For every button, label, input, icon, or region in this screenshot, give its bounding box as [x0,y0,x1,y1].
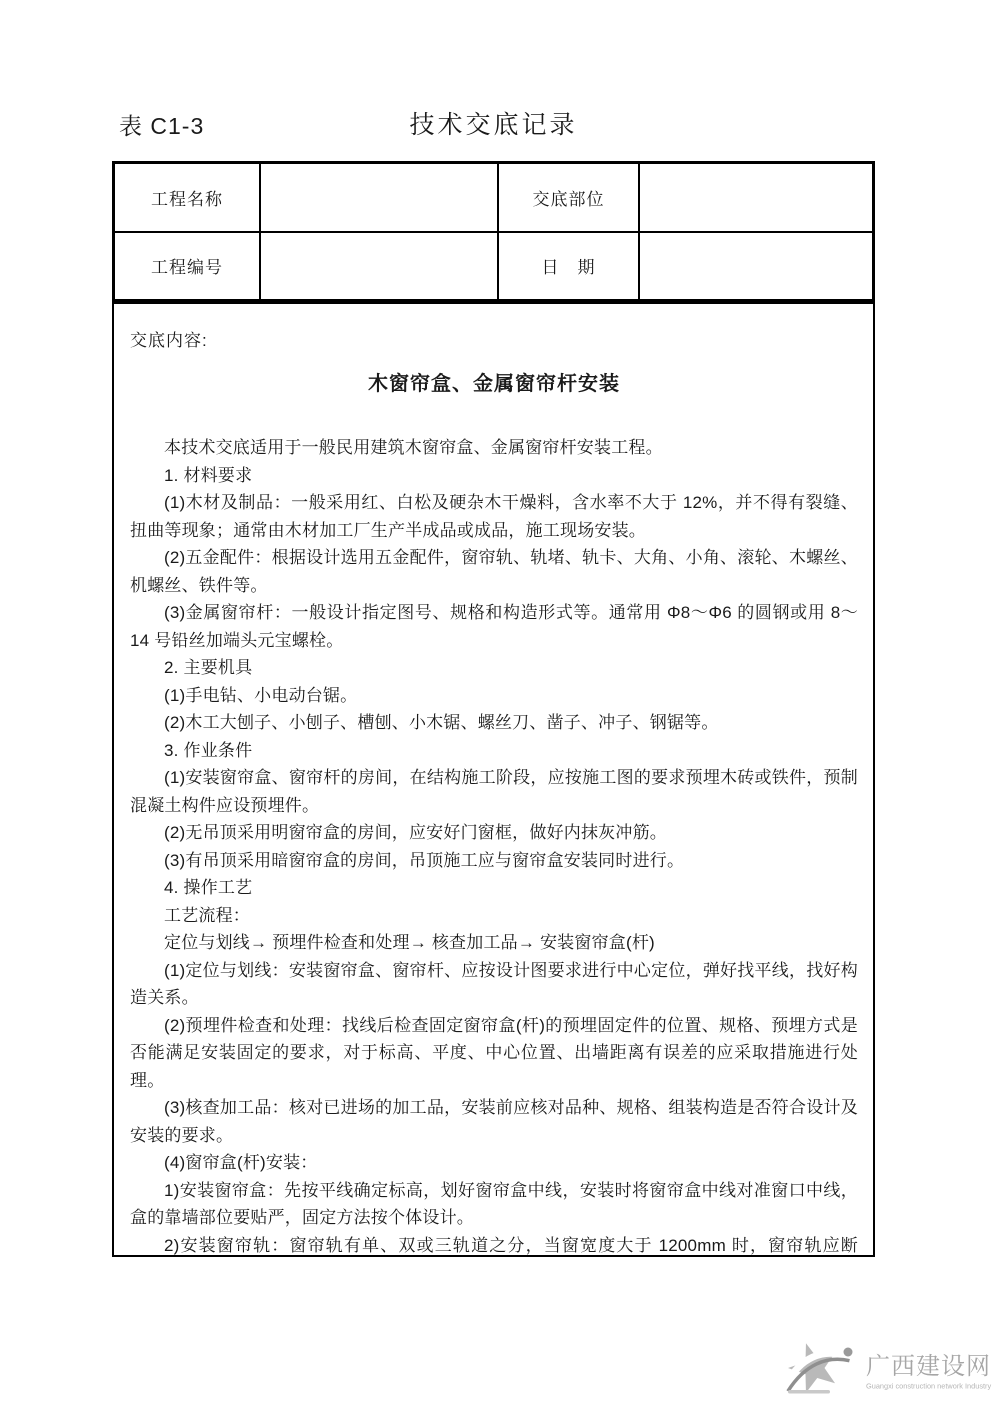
page-title: 技术交底记录 [112,105,875,141]
content-paragraph: (3)有吊顶采用暗窗帘盒的房间，吊顶施工应与窗帘盒安装同时进行。 [130,847,858,875]
content-paragraph: (3)金属窗帘杆：一般设计指定图号、规格和构造形式等。通常用 Φ8～Φ6 的圆钢… [130,599,858,654]
header-table: 工程名称 交底部位 工程编号 日 期 [112,161,875,302]
document-page: 表 C1-3 技术交底记录 工程名称 交底部位 工程编号 日 期 交底内容: 木… [0,0,992,1403]
content-title: 木窗帘盒、金属窗帘杆安装 [130,367,858,396]
content-paragraph: 工艺流程： [130,902,858,930]
content-paragraph: 3. 作业条件 [130,737,858,765]
content-paragraph: (1)手电钻、小电动台锯。 [130,682,858,710]
content-paragraph: 4. 操作工艺 [130,874,858,902]
field-value-project-name [260,163,498,232]
field-value-project-number [260,232,498,301]
content-paragraph: (2)无吊顶采用明窗帘盒的房间，应安好门窗框，做好内抹灰冲筋。 [130,819,858,847]
field-value-date [639,232,873,301]
star-logo-icon [776,1338,864,1400]
content-paragraph: 定位与划线→ 预埋件检查和处理→ 核查加工品→ 安装窗帘盒(杆) [130,929,858,957]
content-paragraph: (4)窗帘盒(杆)安装： [130,1149,858,1177]
logo-dot [844,1348,853,1357]
content-paragraph: 本技术交底适用于一般民用建筑木窗帘盒、金属窗帘杆安装工程。 [130,434,858,462]
content-paragraph: 2)安装窗帘轨：窗帘轨有单、双或三轨道之分，当窗宽度大于 1200mm 时，窗帘… [130,1232,858,1258]
field-label-project-number: 工程编号 [114,232,260,301]
content-paragraph: (1)安装窗帘盒、窗帘杆的房间，在结构施工阶段，应按施工图的要求预埋木砖或铁件，… [130,764,858,819]
field-label-date: 日 期 [498,232,639,301]
content-paragraph: (1)定位与划线：安装窗帘盒、窗帘杆、应按设计图要求进行中心定位，弹好找平线，找… [130,957,858,1012]
guangxi-construction-network-logo: 广西建设网 Guangxi construction network Indus… [776,1338,988,1400]
logo-small-text [788,1390,830,1394]
content-paragraph: (2)木工大刨子、小刨子、槽刨、小木锯、螺丝刀、凿子、冲子、钢锯等。 [130,709,858,737]
content-paragraph: (2)预埋件检查和处理：找线后检查固定窗帘盒(杆)的预埋固定件的位置、规格、预埋… [130,1012,858,1095]
field-value-disclosure-part [639,163,873,232]
content-paragraph: (3)核查加工品：核对已进场的加工品，安装前应核对品种、规格、组装构造是否符合设… [130,1094,858,1149]
logo-brand-text: 广西建设网 [866,1346,992,1381]
content-paragraph: 2. 主要机具 [130,654,858,682]
content-paragraph: 1)安装窗帘盒：先按平线确定标高，划好窗帘盒中线，安装时将窗帘盒中线对准窗口中线… [130,1177,858,1232]
field-label-project-name: 工程名称 [114,163,260,232]
content-paragraph: (2)五金配件：根据设计选用五金配件，窗帘轨、轨堵、轨卡、大角、小角、滚轮、木螺… [130,544,858,599]
logo-text-block: 广西建设网 Guangxi construction network Indus… [866,1346,992,1391]
content-paragraph: (1)木材及制品：一般采用红、白松及硬杂木干燥料，含水率不大于 12%，并不得有… [130,489,858,544]
disclosure-content-box: 交底内容: 木窗帘盒、金属窗帘杆安装 本技术交底适用于一般民用建筑木窗帘盒、金属… [112,302,875,1257]
content-paragraphs: 本技术交底适用于一般民用建筑木窗帘盒、金属窗帘杆安装工程。1. 材料要求(1)木… [130,434,858,1257]
content-paragraph: 1. 材料要求 [130,462,858,490]
field-label-disclosure-part: 交底部位 [498,163,639,232]
content-section-label: 交底内容: [130,326,858,351]
logo-caption-text: Guangxi construction network Industry Ed… [866,1382,992,1390]
